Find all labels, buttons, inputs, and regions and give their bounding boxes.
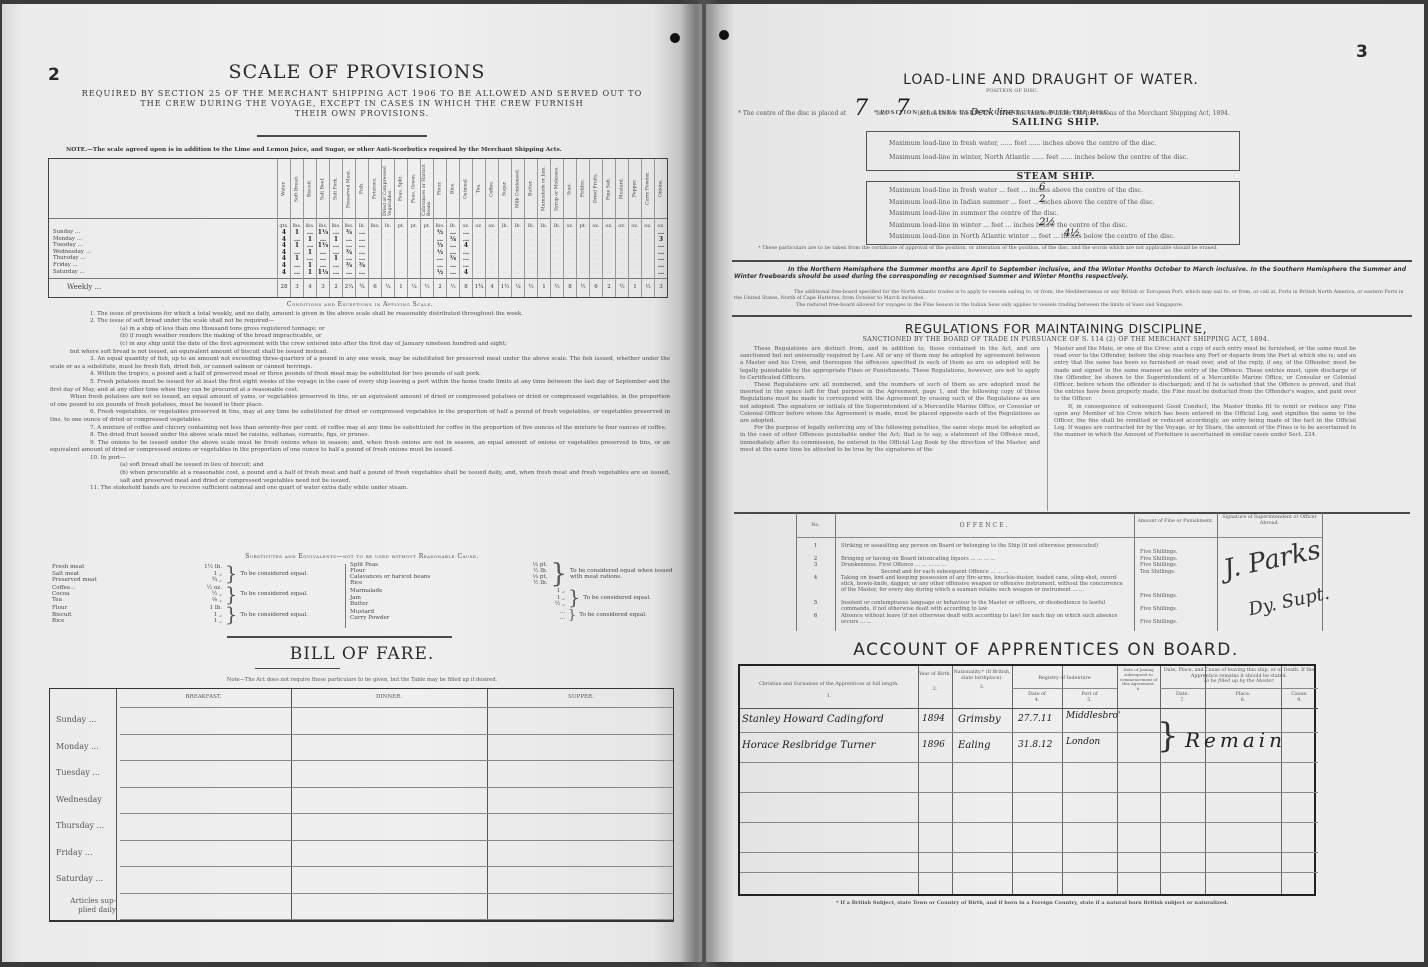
offence-text: Second and for each subsequent Offence .…	[841, 569, 1129, 575]
provision-column: Flour.lbs.½...½½......½2	[433, 159, 446, 297]
item-name: Preserved meat	[52, 577, 97, 583]
weekly-value: ½	[525, 284, 537, 290]
daily-value: ...	[577, 255, 589, 260]
header-leaving-place: Place.8.	[1205, 692, 1281, 703]
substitute-items: Flour1 lb.Biscuit1 „Rice1 „	[52, 605, 222, 624]
substitute-items: Coffee...½ oz.Cocoa½ „Tea⅛ „	[52, 585, 222, 604]
header-joining-label: Date of Joining subsequent to commenceme…	[1117, 668, 1160, 687]
column-header: Tea.	[473, 161, 485, 216]
daily-value: ...	[538, 262, 550, 267]
daily-value: ...	[473, 269, 485, 274]
item-name: Tea	[52, 597, 62, 603]
daily-value: ...	[642, 229, 654, 234]
daily-value: ...	[473, 262, 485, 267]
daily-value: ...	[642, 269, 654, 274]
column-header: Dried Fruits.	[590, 161, 602, 216]
daily-value: ...	[525, 229, 537, 234]
column-header: Syrup or Molasses.	[551, 161, 563, 216]
discipline-title: REGULATIONS FOR MAINTAINING DISCIPLINE,	[796, 321, 1316, 336]
condition-item: 3. An equal quantity of fish, up to an a…	[50, 356, 670, 371]
offence-no: 1	[796, 543, 835, 549]
atlantic-note: The additional free-board specified for …	[734, 289, 1406, 301]
header-leaving-sub: To be filled up by the Master.	[1160, 679, 1318, 685]
daily-value: ...	[564, 255, 576, 260]
brace: }	[1157, 716, 1179, 756]
column-header: Coffee.	[486, 161, 498, 216]
header-registry-port: Port of5.	[1062, 692, 1117, 703]
provision-column: Onions.oz....3...............3	[654, 159, 667, 297]
discipline-column-right: Master and the Mate, or one of the Crew;…	[1054, 346, 1356, 440]
column-header: Pickles.	[577, 161, 589, 216]
column-header: Potatoes.	[369, 161, 381, 216]
daily-value: ...	[603, 242, 615, 247]
daily-value: ...	[421, 255, 433, 260]
column-header: Butter.	[525, 161, 537, 216]
weekly-value: 3	[291, 284, 303, 290]
column-number: 5.	[1062, 698, 1117, 704]
weekly-value: 1	[538, 284, 550, 290]
day-label: Friday ...	[56, 848, 93, 857]
header-divider	[740, 708, 1318, 709]
provision-column: Syrup or Molasses.lb....................…	[550, 159, 563, 297]
daily-value: ...	[499, 236, 511, 241]
weekly-value: ¼	[382, 284, 394, 290]
header-leaving-date: Date.7.	[1160, 692, 1205, 703]
disc-feet-value: 7	[854, 96, 868, 121]
indenture-date: 27.7.11	[1018, 714, 1052, 724]
daily-value: ...	[616, 249, 628, 254]
column-number: 8.	[1205, 698, 1281, 704]
offence-text: Striking or assaulting any person on Boa…	[841, 543, 1129, 549]
header-divider	[796, 537, 1322, 538]
provision-column: Biscuit.lbs....1...1...114	[303, 159, 316, 297]
item-name: Curry Powder	[350, 615, 389, 621]
weekly-value: 1¾	[473, 284, 485, 290]
offences-header-no: No.	[796, 523, 835, 529]
daily-value: ...	[486, 236, 498, 241]
header-year-label: Year of Birth.	[918, 672, 952, 678]
daily-value: ...	[408, 242, 420, 247]
day-label: Articles sup-plied daily	[56, 896, 116, 914]
daily-value: ...	[603, 249, 615, 254]
header-leaving: Date, Place, and Cause of leaving this s…	[1160, 668, 1318, 685]
provision-column: Suet.oz......................8	[563, 159, 576, 297]
weekly-value: 2	[603, 284, 615, 290]
daily-value: ...	[395, 262, 407, 267]
daily-value: ...	[382, 249, 394, 254]
daily-value: ...	[590, 229, 602, 234]
book-spine	[680, 0, 720, 967]
daily-value: ...	[551, 255, 563, 260]
column-divider	[116, 689, 117, 920]
steam-line-text: Maximum load-line in fresh water ... fee…	[889, 187, 1143, 194]
position-of-disc-label: POSITION OF DISC.	[986, 88, 1038, 95]
provision-column: Rice.lb....¼......¼......½	[446, 159, 459, 297]
handwritten-value: 2½	[1039, 217, 1055, 228]
daily-value: ...	[486, 269, 498, 274]
daily-value: ...	[551, 269, 563, 274]
header-name: Christian and Surnames of the Apprentice…	[740, 682, 918, 699]
row-divider	[120, 760, 673, 761]
steam-line: Maximum load-line in North Atlantic wint…	[889, 233, 1175, 240]
provision-column: Butter.lb......................½	[524, 159, 537, 297]
daily-value: ...	[616, 229, 628, 234]
offence-fine: Five Shillings.	[1140, 556, 1177, 562]
provisions-table: Sunday ... Monday ... Tuesday ... Wednes…	[48, 158, 668, 298]
column-number: 6.	[1117, 687, 1160, 692]
brace: }	[225, 585, 237, 605]
condition-item: 5. Fresh potatoes must be issued for at …	[50, 379, 670, 394]
steam-line-text: Maximum load-line in Indian summer ... f…	[889, 199, 1155, 206]
weekly-value: 6	[369, 284, 381, 290]
steam-line-text: Maximum load-line in North Atlantic wint…	[889, 233, 1175, 240]
provision-column: Milk Condensed.lb......................¼	[511, 159, 524, 297]
day-label: Tuesday ...	[56, 768, 100, 777]
column-header-breakfast: BREAKFAST.	[116, 694, 291, 700]
provision-column: Pepper.oz......................1	[628, 159, 641, 297]
row-divider	[120, 787, 673, 788]
row-divider	[120, 813, 673, 814]
daily-value: ...	[538, 249, 550, 254]
offence-no: 6	[796, 613, 835, 619]
divider	[257, 135, 427, 137]
column-divider	[952, 666, 953, 894]
handwritten-value: 6	[1039, 182, 1045, 193]
weekly-value: ½	[421, 284, 433, 290]
item-name: Butter	[350, 601, 368, 607]
offence-fine: Five Shillings.	[1140, 606, 1177, 612]
steam-ship-box: Maximum load-line in fresh water ... fee…	[866, 181, 1240, 245]
offences-table: No. OFFENCE. Amount of Fine or Punishmen…	[738, 513, 1348, 631]
daily-value: ...	[577, 249, 589, 254]
daily-value: ...	[629, 249, 641, 254]
daily-value: 1¼	[317, 269, 329, 276]
header-registry-date: Date of4.	[1012, 692, 1062, 703]
substitute-item: Butter½ „	[350, 601, 565, 607]
day-labels: Sunday ... Monday ... Tuesday ... Wednes…	[53, 229, 91, 275]
daily-value: ...	[499, 249, 511, 254]
bill-of-fare-table: BREAKFAST. DINNER. SUPPER. Sunday ...Mon…	[49, 688, 674, 922]
item-name: Rice	[350, 580, 362, 586]
row-divider	[120, 840, 673, 841]
daily-value: ...	[616, 255, 628, 260]
daily-value: ...	[616, 236, 628, 241]
row-divider	[120, 893, 673, 894]
daily-value: ...	[642, 255, 654, 260]
column-header: Marmalade or Jam.	[538, 161, 550, 216]
signature-title-handwritten: Dy. Supt.	[1247, 583, 1332, 621]
substitute-note: To be considered equal.	[240, 571, 308, 577]
column-divider	[1217, 513, 1218, 631]
provision-column: Peas, Green.pt......................¼	[407, 159, 420, 297]
apprentices-title: ACCOUNT OF APPRENTICES ON BOARD.	[766, 640, 1326, 660]
weekly-value: ½	[447, 284, 459, 290]
weekly-value: 8	[564, 284, 576, 290]
daily-value: ...	[538, 236, 550, 241]
row-divider	[120, 919, 673, 920]
substitutes-divider	[345, 564, 346, 628]
divider	[732, 260, 1412, 262]
right-page: 3 LOAD-LINE AND DRAUGHT OF WATER. POSITI…	[706, 4, 1424, 962]
day-label: Friday ...	[53, 262, 91, 269]
weekly-value: ¾	[356, 284, 368, 290]
daily-value: ...	[369, 255, 381, 260]
column-divider	[918, 666, 919, 894]
daily-value: ...	[408, 262, 420, 267]
offence-text: Drunkenness. First Offence ... ... ... .…	[841, 562, 1129, 568]
daily-value: ½	[434, 269, 446, 276]
daily-value: ...	[291, 269, 303, 276]
daily-value: ...	[564, 229, 576, 234]
substitute-group: Marmalade1 „Jam1 „Butter½ „}To be consid…	[350, 588, 680, 608]
header-leaving-cause: Cause.9.	[1281, 692, 1318, 703]
condition-item: (b) if rough weather renders the making …	[50, 333, 670, 341]
daily-value: ...	[642, 236, 654, 241]
steam-line: Maximum load-line in winter ... feet ...…	[889, 222, 1127, 229]
weekly-value: 28	[278, 284, 290, 290]
daily-value: ...	[564, 269, 576, 274]
daily-value: ...	[512, 262, 524, 267]
row-divider	[740, 872, 1318, 873]
column-number: 1.	[740, 694, 918, 700]
daily-value: ...	[512, 249, 524, 254]
day-label: Tuesday ...	[53, 242, 91, 249]
weekly-value: 6	[590, 284, 602, 290]
row-divider	[740, 822, 1318, 823]
daily-value: ...	[408, 249, 420, 254]
offence-no: 3	[796, 562, 835, 568]
header-leaving-label: Date, Place, and Cause of leaving this s…	[1160, 668, 1318, 679]
daily-value: ...	[642, 262, 654, 267]
status-handwritten: Remain	[1185, 728, 1286, 752]
daily-value: ...	[382, 262, 394, 267]
discipline-paragraph: These Regulations are distinct from, and…	[740, 346, 1040, 382]
condition-item: but where soft bread is not issued, an e…	[50, 349, 670, 357]
apprentice-name: Stanley Howard Cadingford	[742, 714, 884, 725]
column-header: Soft Bread.	[291, 161, 303, 216]
daily-value: ...	[382, 255, 394, 260]
substitute-item: Preserved meat¾ „	[52, 577, 222, 583]
provision-column: Calavances or Haricot Beans.pt..........…	[420, 159, 433, 297]
row-divider	[740, 792, 1318, 793]
daily-value: ...	[512, 242, 524, 247]
daily-value: ...	[499, 242, 511, 247]
condition-item: 8. The dried fruit issued under the abov…	[50, 432, 670, 440]
daily-value: ...	[642, 249, 654, 254]
sailing-ship-title: SAILING SHIP.	[916, 118, 1196, 128]
column-number: 3.	[952, 685, 1012, 691]
daily-value: ...	[564, 236, 576, 241]
daily-value: ...	[603, 229, 615, 234]
daily-value: ...	[512, 255, 524, 260]
substitute-group: Mustard...Curry Powder...}To be consider…	[350, 609, 680, 622]
item-name: Rice	[52, 618, 64, 624]
item-amount: 1 „	[214, 618, 222, 624]
item-amount: ...	[560, 615, 565, 621]
row-divider	[740, 852, 1318, 853]
daily-value: ...	[603, 269, 615, 274]
offence-no: 4	[796, 575, 835, 581]
header-year: Year of Birth.2.	[918, 672, 952, 692]
day-label: Sunday ...	[56, 715, 96, 724]
daily-value: ...	[382, 269, 394, 274]
row-divider	[1160, 688, 1318, 689]
daily-value: ...	[395, 236, 407, 241]
daily-value: ...	[408, 236, 420, 241]
daily-value: ...	[590, 269, 602, 274]
offence-text: Insolent or contemptuous language or beh…	[841, 600, 1129, 612]
daily-value: ...	[616, 242, 628, 247]
daily-value: ...	[382, 229, 394, 234]
daily-value: ...	[486, 262, 498, 267]
substitute-note: To be considered equal.	[240, 591, 308, 597]
weekly-value: 2¼	[343, 284, 355, 290]
offence-text: Bringing or having on Board intoxicating…	[841, 556, 1129, 562]
daily-value: ...	[577, 269, 589, 274]
weekly-label: Weekly ...	[67, 283, 101, 291]
daily-value: ...	[395, 249, 407, 254]
header-nationality: Nationality.* (If British, state birthpl…	[952, 670, 1012, 691]
substitutes-right: Split Peas⅓ pt.Flour½ lb.Calavances or h…	[350, 561, 680, 623]
provision-column: Oatmeal.oz.......4.........48	[459, 159, 472, 297]
daily-value: ...	[564, 262, 576, 267]
weekly-value: 3	[317, 284, 329, 290]
load-line-footnote: * These particulars are to be taken from…	[758, 245, 1378, 252]
condition-item: (a) soft bread shall be issued in lieu o…	[50, 462, 670, 470]
offence-text: Taking on board and keeping possession o…	[841, 575, 1129, 593]
daily-value: ...	[408, 269, 420, 274]
daily-value: ...	[564, 249, 576, 254]
column-header: Oatmeal.	[460, 161, 472, 216]
daily-value: ...	[447, 269, 459, 276]
daily-value: ...	[603, 262, 615, 267]
daily-value: ...	[395, 229, 407, 234]
column-divider	[1134, 513, 1135, 631]
column-header: Dried or Compressed Vegetables.	[382, 161, 394, 216]
scale-of-provisions-title: SCALE OF PROVISIONS	[152, 61, 562, 83]
steam-line: Maximum load-line in fresh water ... fee…	[889, 187, 1143, 194]
discipline-subtitle: SANCTIONED BY THE BOARD OF TRADE IN PURS…	[736, 336, 1396, 343]
daily-value: ...	[642, 242, 654, 247]
brace: }	[550, 561, 567, 587]
weekly-value: ½	[577, 284, 589, 290]
daily-value: ...	[564, 242, 576, 247]
daily-value: ...	[473, 229, 485, 234]
column-header: Flour.	[434, 161, 446, 216]
discipline-paragraph: For the purpose of legally enforcing any…	[740, 425, 1040, 454]
provisions-subtitle: REQUIRED BY SECTION 25 OF THE MERCHANT S…	[42, 88, 682, 118]
discipline-paragraph: Master and the Mate, or one of the Crew;…	[1054, 346, 1356, 404]
provision-column: Salt Pork.lbs....1......1......2	[329, 159, 342, 297]
substitute-item: Curry Powder...	[350, 615, 565, 621]
column-divider	[487, 689, 488, 920]
daily-value: ...	[421, 262, 433, 267]
day-label: Monday ...	[56, 742, 99, 751]
item-amount: ¾ „	[212, 577, 222, 583]
steam-line: Maximum load-line in summer the centre o…	[889, 210, 1058, 217]
daily-value: ...	[629, 242, 641, 247]
column-header: Pepper.	[629, 161, 641, 216]
substitute-group: Split Peas⅓ pt.Flour½ lb.Calavances or h…	[350, 561, 680, 587]
daily-value: ...	[499, 229, 511, 234]
column-divider	[1322, 513, 1323, 631]
column-header: Sugar.	[499, 161, 511, 216]
daily-value: ...	[629, 236, 641, 241]
provision-column: Peas, Split.pt......................1	[394, 159, 407, 297]
daily-value: ...	[369, 262, 381, 267]
column-number: 9.	[1281, 698, 1318, 704]
steam-line-text: Maximum load-line in summer the centre o…	[889, 210, 1058, 217]
weekly-value: ½	[616, 284, 628, 290]
daily-value: ...	[395, 242, 407, 247]
daily-value: ...	[538, 269, 550, 274]
daily-value: ...	[343, 269, 355, 276]
column-header: Peas, Split.	[395, 161, 407, 216]
discipline-column-left: These Regulations are distinct from, and…	[740, 346, 1040, 454]
daily-value: ...	[590, 236, 602, 241]
daily-value: ...	[473, 236, 485, 241]
offence-no: 2	[796, 556, 835, 562]
header-registry: Registry of Indenture	[1012, 676, 1117, 682]
condition-item: 1. The issue of provisions for which a t…	[50, 311, 670, 319]
weekly-value: 3	[655, 284, 667, 290]
daily-value: ...	[525, 236, 537, 241]
provision-column: Fine Salt.oz......................2	[602, 159, 615, 297]
daily-value: ...	[421, 269, 433, 274]
daily-value: ...	[369, 242, 381, 247]
daily-value: ...	[499, 262, 511, 267]
daily-value: ...	[538, 255, 550, 260]
substitute-group: Coffee...½ oz.Cocoa½ „Tea⅛ „}To be consi…	[52, 585, 337, 605]
weekly-value: ½	[642, 284, 654, 290]
discipline-paragraph: If, in consequence of subsequent Good Co…	[1054, 404, 1356, 440]
daily-value: ...	[629, 229, 641, 234]
punch-hole	[670, 33, 680, 43]
day-label: Monday ...	[53, 236, 91, 243]
brace: }	[568, 609, 576, 622]
apprentice-name: Horace Reslbridge Turner	[742, 740, 875, 751]
daily-value: 4	[460, 269, 472, 276]
offence-fine: Five Shillings.	[1140, 619, 1177, 625]
sailing-ship-box: Maximum load-line in fresh water, ......…	[866, 131, 1240, 171]
header-nationality-label: Nationality.* (If British, state birthpl…	[952, 670, 1012, 681]
weekly-value: 1	[629, 284, 641, 290]
daily-value: ...	[577, 242, 589, 247]
column-header: Water.	[278, 161, 290, 216]
provision-column: Dried Fruits.oz......................6	[589, 159, 602, 297]
daily-value: ...	[603, 255, 615, 260]
daily-value: ...	[525, 249, 537, 254]
provision-column: Preserved Meat.lbs.¾......¾...¾...2¼	[342, 159, 355, 297]
divider	[227, 636, 452, 638]
daily-value: ...	[577, 236, 589, 241]
item-amount: ½ lb.	[533, 580, 547, 586]
offence-text: Absence without leave (if not otherwise …	[841, 613, 1129, 625]
apprentices-table: Christian and Surnames of the Apprentice…	[738, 664, 1316, 896]
column-header: Fish.	[356, 161, 368, 216]
steam-line-text: Maximum load-line in winter ... feet ...…	[889, 222, 1127, 229]
daily-value: ...	[356, 269, 368, 276]
signature-handwritten: J. Parks	[1221, 535, 1323, 585]
column-header-dinner: DINNER.	[291, 694, 487, 700]
weekly-value: ¼	[512, 284, 524, 290]
offence-fine: Five Shillings.	[1140, 562, 1177, 568]
column-header: Onions.	[655, 161, 667, 216]
item-amount: ½ „	[555, 601, 565, 607]
column-number: 7.	[1160, 698, 1205, 704]
substitute-note: To be considered equal.	[579, 612, 647, 618]
brace: }	[225, 605, 237, 625]
